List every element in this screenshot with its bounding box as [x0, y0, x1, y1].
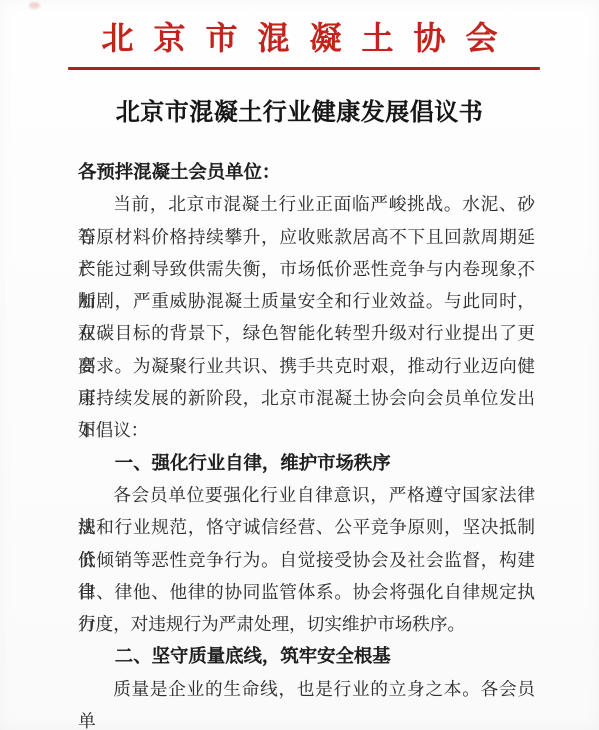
scan-artifact [29, 2, 40, 9]
body-line: 等原材料价格持续攀升，应收账款居高不下且回款周期延长， [78, 221, 535, 253]
body-line: 可持续发展的新阶段，北京市混凝土协会向会员单位发出如 [78, 382, 535, 414]
letterhead-red-rule [68, 67, 540, 70]
body-line: 产能过剩导致供需失衡，市场低价恶性竞争与内卷现象不断 [78, 253, 535, 285]
salutation-line: 各预拌混凝土会员单位： [78, 156, 535, 188]
letterhead-org-name: 北京市混凝土协会 [0, 17, 599, 59]
body-line: 价倾销等恶性竞争行为。自觉接受协会及社会监督，构建自 [78, 544, 535, 576]
scanned-document-page: 北京市混凝土协会 北京市混凝土行业健康发展倡议书 各预拌混凝土会员单位： 当前，… [0, 0, 599, 730]
body-line: 各会员单位要强化行业自律意识，严格遵守国家法律法 [78, 479, 535, 511]
body-line: 要求。为凝聚行业共识、携手共克时艰，推动行业迈向健康 [78, 350, 535, 382]
section-heading-1: 一、强化行业自律，维护市场秩序 [78, 447, 535, 479]
body-line: 规和行业规范，恪守诚信经营、公平竞争原则，坚决抵制低 [78, 511, 535, 543]
body-line: 力度，对违规行为严肃处理，切实维护市场秩序。 [78, 608, 535, 640]
body-line: 律、律他、他律的协同监管体系。协会将强化自律规定执行 [78, 576, 535, 608]
body-line: 下倡议： [78, 414, 535, 446]
body-line: 双碳目标的背景下，绿色智能化转型升级对行业提出了更高 [78, 317, 535, 349]
section-heading-2: 二、坚守质量底线，筑牢安全根基 [78, 640, 535, 672]
body-line: 加剧，严重威胁混凝土质量安全和行业效益。与此同时，在 [78, 285, 535, 317]
document-body: 各预拌混凝土会员单位： 当前，北京市混凝土行业正面临严峻挑战。水泥、砂石 等原材… [78, 156, 535, 705]
document-title: 北京市混凝土行业健康发展倡议书 [0, 96, 599, 130]
body-line: 当前，北京市混凝土行业正面临严峻挑战。水泥、砂石 [78, 188, 535, 220]
body-line: 质量是企业的生命线，也是行业的立身之本。各会员单 [78, 673, 535, 705]
